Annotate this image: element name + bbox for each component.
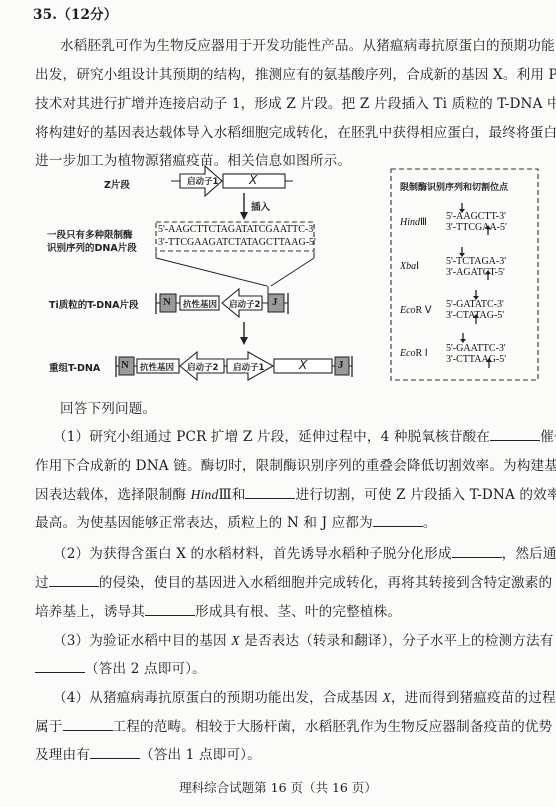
q3-line-1: （3）为验证水稻中目的基因 X 是否表达（转录和翻译），分子水平上的检测方法有 [53, 632, 553, 650]
q2-blank-1[interactable] [452, 545, 502, 558]
multi-site-seq-top: 5'-AAGCTTCTAGATATCGAATTC-3' [158, 224, 315, 235]
q1-blank-1[interactable] [490, 428, 540, 441]
q1-line-1: （1）研究小组通过 PCR 扩增 Z 片段，延伸过程中，4 种脱氧核苷酸在催化 [53, 428, 556, 446]
enzyme-box-title: 限制酶识别序列和切割位点 [400, 180, 508, 193]
q2-line-1: （2）为获得含蛋白 X 的水稻材料，首先诱导水稻种子脱分化形成，然后通 [53, 545, 556, 563]
enzyme-seq-top: 5'-TCTAGA-3' [446, 256, 506, 267]
q1-line-3: 因表达载体，选择限制酶 HindⅢ和进行切割，可使 Z 片段插入 T-DNA 的… [35, 486, 556, 504]
q2-blank-3[interactable] [145, 603, 195, 616]
multi-site-label-line2: 识别序列的DNA片段 [47, 240, 137, 254]
q1-line-4: 最高。为使基因能够正常表达，质粒上的 N 和 J 应都为。 [35, 514, 437, 532]
enzyme-seq-bottom: 3'-AGATCT-5' [446, 267, 505, 278]
enzyme-name: EcoR Ⅰ [400, 348, 428, 359]
resistance-gene-label-recombinant: 抗性基因 [140, 361, 174, 373]
promoter2-label: 启动子2 [229, 298, 260, 310]
q4-blank-1[interactable] [63, 718, 113, 731]
q1-line-2: 作用下合成新的 DNA 链。酶切时，限制酶识别序列的重叠会降低切割效率。为构建基 [35, 457, 556, 475]
enzyme-name: EcoR Ⅴ [400, 305, 432, 316]
enzyme-seq-top: 5'-GAATTC-3' [446, 343, 506, 354]
promoter2-label-recombinant: 启动子2 [187, 361, 218, 373]
j-label: J [272, 296, 278, 308]
insert-label: 插入 [251, 199, 270, 213]
page-footer: 理科综合试题第 16 页（共 16 页） [0, 778, 556, 796]
enzyme-seq-top: 5'-GATATC-3' [446, 299, 504, 310]
multi-site-label-line1: 一段只有多种限制酶 [47, 227, 133, 241]
diagram-graphics [0, 0, 556, 400]
gene-x-label-recombinant: X [299, 358, 307, 372]
enzyme-name: XbaⅠ [400, 261, 419, 272]
resistance-gene-label: 抗性基因 [183, 298, 217, 310]
q2-line-3: 培养基上，诱导其形成具有根、茎、叶的完整植株。 [35, 603, 401, 621]
multi-site-seq-bottom: 3'-TTCGAAGATCTATAGCTTAAG-5' [158, 237, 316, 248]
q2-blank-2[interactable] [49, 574, 99, 587]
q4-line-1: （4）从猪瘟病毒抗原蛋白的预期功能出发，合成基因 X，进而得到猪瘟疫苗的过程 [53, 689, 556, 707]
enzyme-seq-bottom: 3'-CTTAAG-5' [446, 354, 506, 365]
answer-prompt: 回答下列问题。 [60, 400, 156, 418]
enzyme-seq-bottom: 3'-TTCGAA-5' [446, 222, 507, 233]
q3-blank-1[interactable] [35, 660, 85, 673]
q4-line-2: 属于工程的范畴。相较于大肠杆菌，水稻胚乳作为生物反应器制备疫苗的优势 [35, 718, 552, 736]
promoter1-label: 启动子1 [187, 175, 218, 187]
n-label-recombinant: N [121, 359, 129, 371]
q4-line-3: 及理由有（答出 1 点即可）。 [35, 746, 261, 764]
q1-blank-2[interactable] [245, 486, 295, 499]
q3-line-2: （答出 2 点即可）。 [35, 660, 206, 678]
enzyme-seq-bottom: 3'-CTATAG-5' [446, 310, 504, 321]
recombinant-tdna-label: 重组T-DNA [49, 360, 100, 374]
enzyme-name: HindⅢ [400, 217, 427, 228]
q2-line-2: 过的侵染，使目的基因进入水稻细胞并完成转化，再将其转接到含特定激素的 [35, 574, 552, 592]
q4-blank-2[interactable] [90, 746, 140, 759]
q1-blank-3[interactable] [373, 514, 423, 527]
ti-tdna-label: Ti质粒的T-DNA片段 [49, 297, 138, 311]
j-label-recombinant: J [338, 359, 344, 371]
promoter1-label-recombinant: 启动子1 [233, 361, 264, 373]
enzyme-seq-top: 5'-AAGCTT-3' [446, 211, 506, 222]
gene-x-label: X [249, 173, 257, 187]
n-label: N [163, 296, 171, 308]
